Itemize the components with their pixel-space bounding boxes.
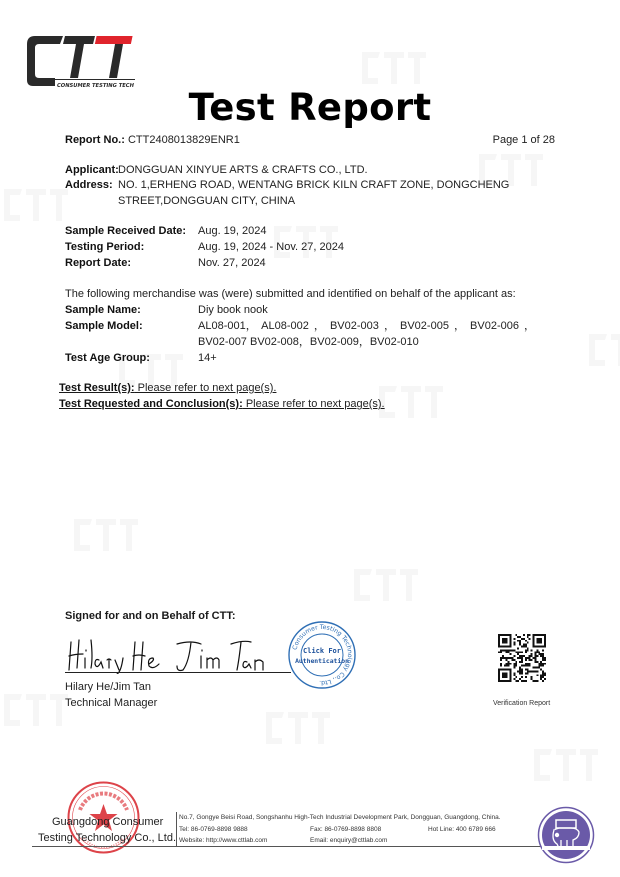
footer-website-link[interactable]: Website: http://www.cttlab.com xyxy=(179,837,267,844)
page-indicator: Page 1 of 28 xyxy=(493,132,555,148)
footer-divider-vertical xyxy=(176,812,177,846)
age-group-value: 14+ xyxy=(198,350,217,366)
sample-name-value: Diy book nook xyxy=(198,302,268,318)
applicant-value: DONGGUAN XINYUE ARTS & CRAFTS CO., LTD. xyxy=(118,162,368,178)
report-date-value: Nov. 27, 2024 xyxy=(198,255,266,271)
footer-address: No.7, Gongye Beisi Road, Songshanhu High… xyxy=(179,814,501,821)
testing-period-label: Testing Period: xyxy=(65,239,144,255)
testing-period-value: Aug. 19, 2024 - Nov. 27, 2024 xyxy=(198,239,344,255)
watermark-logo xyxy=(0,185,70,225)
report-no-label: Report No.: xyxy=(65,134,125,146)
sample-model-line-2: BV02-007 BV02-008，BV02-009，BV02-010 xyxy=(198,334,419,350)
footer-fax: Fax: 86-0769-8898 8808 xyxy=(310,826,381,833)
received-date-label: Sample Received Date: xyxy=(65,223,186,239)
received-date-value: Aug. 19, 2024 xyxy=(198,223,267,239)
authentication-seal-button[interactable]: Consumer Testing Technology Co., Ltd. Cl… xyxy=(287,620,357,690)
conclusion-label: Test Requested and Conclusion(s): xyxy=(59,398,243,410)
footer-tel: Tel: 86-0769-8898 9888 xyxy=(179,826,248,833)
ctt-logo: CONSUMER TESTING TECH xyxy=(25,34,137,90)
company-name-line-2: Testing Technology Co., Ltd. xyxy=(38,830,176,846)
conclusion-value: Please refer to next page(s). xyxy=(243,398,385,410)
footer-divider-horizontal xyxy=(32,846,542,847)
applicant-label: Applicant: xyxy=(65,162,119,178)
handwritten-signature xyxy=(65,632,265,674)
age-group-label: Test Age Group: xyxy=(65,350,150,366)
watermark-logo xyxy=(70,515,140,555)
watermark-logo xyxy=(585,330,620,370)
seal-auth-text: Authentication xyxy=(295,657,349,665)
watermark-logo xyxy=(262,708,332,748)
sample-name-label: Sample Name: xyxy=(65,302,141,318)
verification-qr-code[interactable] xyxy=(498,634,546,682)
signer-names: Hilary He/Jim Tan xyxy=(65,679,151,695)
conclusion-line: Test Requested and Conclusion(s): Please… xyxy=(59,396,385,412)
address-label: Address: xyxy=(65,177,113,193)
address-line-1: NO. 1,ERHENG ROAD, WENTANG BRICK KILN CR… xyxy=(118,177,509,193)
page-title: Test Report xyxy=(0,86,620,129)
watermark-logo xyxy=(0,690,70,730)
watermark-logo xyxy=(350,565,420,605)
watermark-logo xyxy=(375,382,445,422)
sample-model-label: Sample Model: xyxy=(65,318,143,334)
test-result-value: Please refer to next page(s). xyxy=(135,382,277,394)
sample-model-line-1: AL08-001， AL08-002 ， BV02-003 ， BV02-005… xyxy=(198,318,535,334)
address-line-2: STREET,DONGGUAN CITY, CHINA xyxy=(118,193,295,209)
test-result-label: Test Result(s): xyxy=(59,382,135,394)
report-date-label: Report Date: xyxy=(65,255,131,271)
watermark-logo xyxy=(358,48,428,88)
watermark-logo xyxy=(530,745,600,785)
footer-hotline: Hot Line: 400 6789 666 xyxy=(428,826,496,833)
merchandise-intro: The following merchandise was (were) sub… xyxy=(65,286,516,302)
signer-title: Technical Manager xyxy=(65,695,157,711)
company-name-line-1: Guangdong Consumer xyxy=(52,814,163,830)
qr-caption: Verification Report xyxy=(493,696,550,712)
mascot-badge-icon xyxy=(537,806,595,864)
signed-for-title: Signed for and on Behalf of CTT: xyxy=(65,608,236,624)
footer-email-link[interactable]: Email: enquiry@cttlab.com xyxy=(310,837,387,844)
report-no-value: CTT2408013829ENR1 xyxy=(128,134,240,146)
seal-click-text: Click For xyxy=(303,647,341,655)
signature-line xyxy=(65,672,291,673)
test-result-line: Test Result(s): Please refer to next pag… xyxy=(59,380,276,396)
report-number: Report No.: CTT2408013829ENR1 xyxy=(65,132,240,148)
